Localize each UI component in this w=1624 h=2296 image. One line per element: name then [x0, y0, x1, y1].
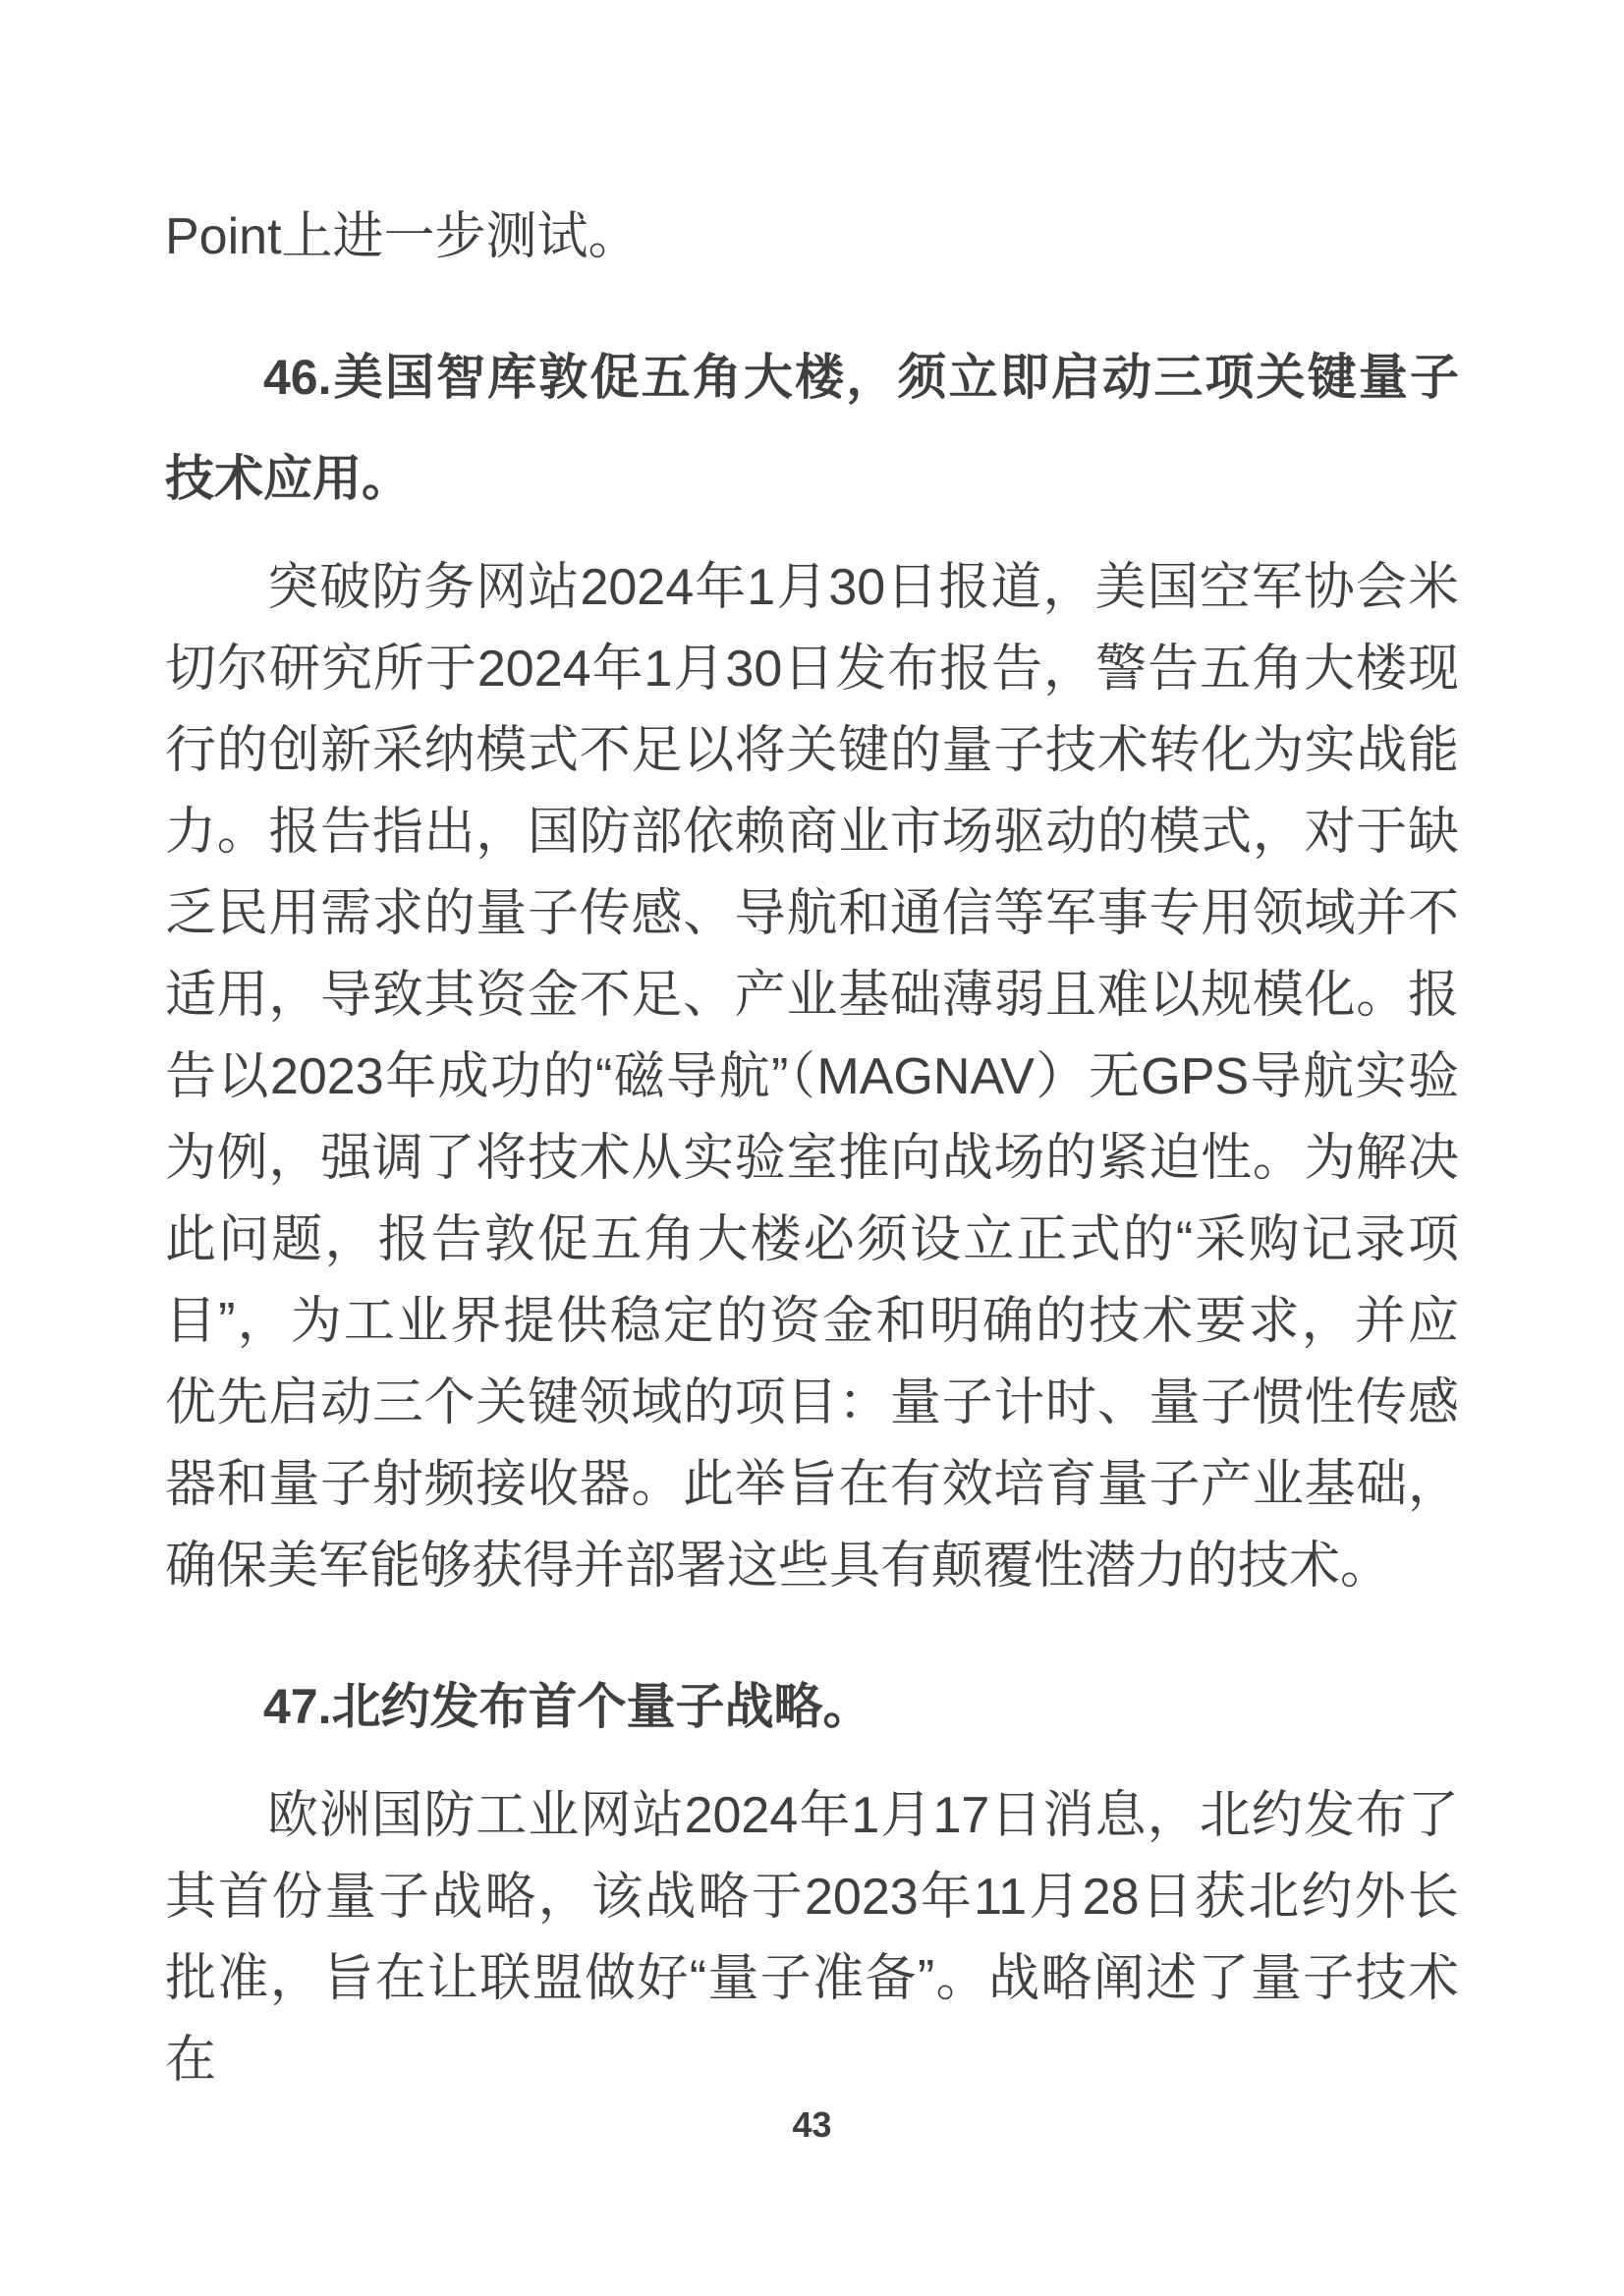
section-47-heading: 47.北约发布首个量子战略。: [165, 1656, 1459, 1758]
section-46-heading: 46.美国智库敦促五角大楼，须立即启动三项关键量子技术应用。: [165, 327, 1459, 530]
section-46-body: 突破防务网站2024年1月30日报道，美国空军协会米切尔研究所于2024年1月3…: [165, 547, 1459, 1607]
document-page: Point上进一步测试。 46.美国智库敦促五角大楼，须立即启动三项关键量子技术…: [0, 0, 1624, 2296]
page-number: 43: [0, 2104, 1624, 2146]
continuation-paragraph: Point上进一步测试。: [165, 196, 1459, 278]
section-47-body: 欧洲国防工业网站2024年1月17日消息，北约发布了其首份量子战略，该战略于20…: [165, 1775, 1459, 2101]
